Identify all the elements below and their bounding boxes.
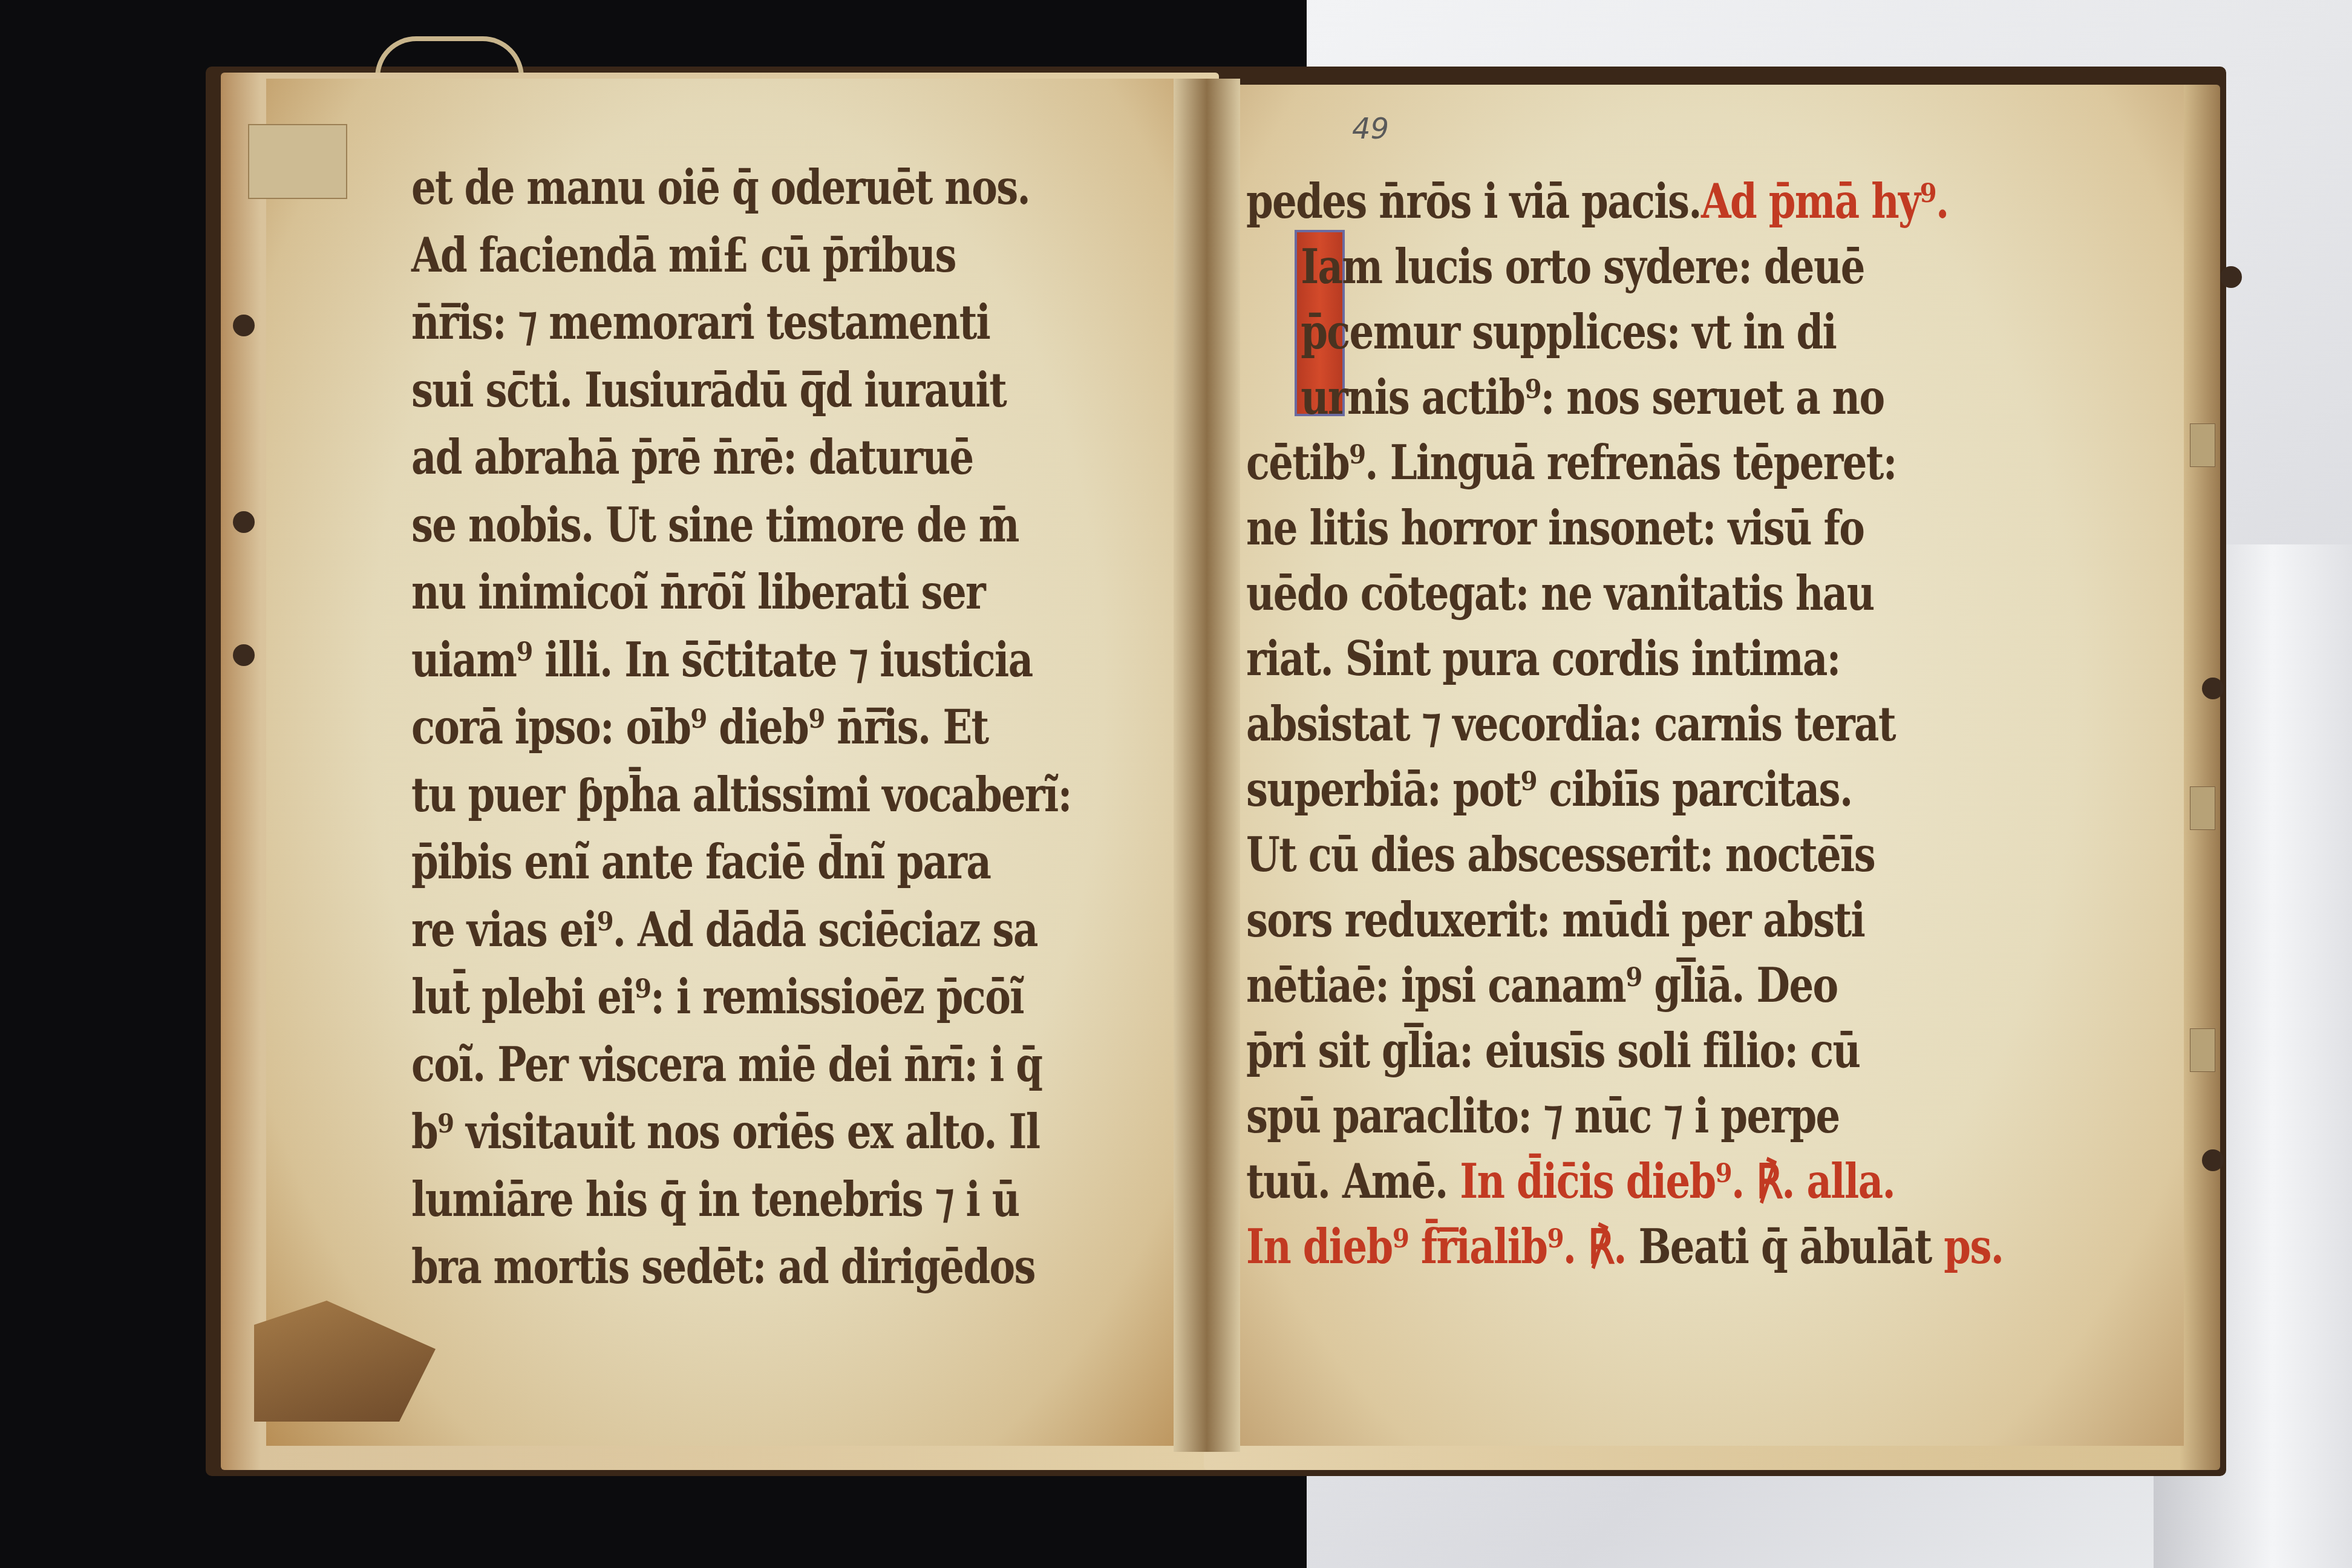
binding-nail-icon	[2202, 1149, 2224, 1171]
text-line: corā ipso: oīb⁹ dieb⁹ n̄r̅is. Et	[411, 694, 1007, 762]
rubric: In dieb⁹ f̄r̅ialib⁹. ℟.	[1246, 1220, 1626, 1275]
text-line: urnis actib⁹: nos seruet a no	[1246, 365, 1881, 431]
text-line: spū paraclito: ⁊ nūc ⁊ i perpe	[1246, 1084, 1881, 1149]
text-line: Ad faciendā mi£ cū p̄ribus	[411, 222, 1007, 290]
text-line: absistat ⁊ vecordia: carnis terat	[1246, 692, 1881, 757]
text-line: sors reduxerit: mūdi per absti	[1246, 888, 1881, 953]
binding-nail-icon	[2202, 678, 2224, 699]
binding-nail-icon	[2220, 266, 2242, 288]
page-tab	[2190, 423, 2215, 467]
text-line: riat. Sint pura cordis intima:	[1246, 627, 1881, 692]
left-page-text: et de manu oiē q̄ oderuēt nos. Ad facien…	[411, 154, 1137, 1301]
text-line: re vias ei⁹. Ad dādā sciēciaz sa	[411, 897, 1007, 964]
rubric: ps.	[1944, 1220, 2003, 1275]
text-line: bra mortis sedēt: ad dirigēdos	[411, 1233, 1007, 1301]
page-tab	[2190, 1028, 2215, 1072]
text-line: uiam⁹ illi. In s̄c̄titate ⁊ iusticia	[411, 627, 1007, 694]
page-tab	[248, 124, 347, 199]
text-line: pedes n̄rōs i viā pacis.Ad p̄mā hy⁹.	[1246, 169, 1881, 235]
text-line: n̄r̅is: ⁊ memorari testamenti	[411, 289, 1007, 357]
page-tab	[2190, 786, 2215, 830]
text-line: se nobis. Ut sine timore de m̄	[411, 492, 1007, 560]
text-line: nu inimicoĩ n̄rōĩ liberati ser	[411, 559, 1007, 627]
text-line: p̄cemur supplices: vt in di	[1246, 300, 1881, 365]
text-line: p̄ri sit gl̅ia: eiusīs soli filio: cū	[1246, 1019, 1881, 1084]
text-line: Iam lucis orto sydere: deuē	[1246, 235, 1881, 300]
text-line: ne litis horror insonet: visū fo	[1246, 496, 1881, 561]
text-line: tuū. Amē. In d̄ic̄is dieb⁹. ℟. alla.	[1246, 1149, 1881, 1215]
text-line: ad abrahā p̄rē n̄rē: daturuē	[411, 424, 1007, 492]
text-line: tu puer ƥph̄a altissimi vocaberĩ:	[411, 762, 1007, 829]
text-line: sui sc̄ti. Iusiurādū q̅d iurauit	[411, 357, 1007, 425]
gutter	[1174, 79, 1240, 1452]
text-line: Ut cū dies abscesserit: noctēīs	[1246, 823, 1881, 888]
rubric: Ad p̄mā hy⁹.	[1701, 174, 1949, 229]
text-line: b⁹ visitauit nos oriēs ex alto. Il	[411, 1099, 1007, 1166]
text-line: p̄ibis enĩ ante faciē d̄nĩ para	[411, 829, 1007, 897]
text-line: et de manu oiē q̄ oderuēt nos.	[411, 154, 1007, 222]
text-line: coĩ. Per viscera miē dei n̄rī: i q̄	[411, 1031, 1007, 1099]
binding-nail-icon	[233, 315, 255, 336]
binding-nail-icon	[233, 511, 255, 533]
text-line: cētib⁹. Linguā refrenās tēperet:	[1246, 431, 1881, 496]
text-line: In dieb⁹ f̄r̅ialib⁹. ℟. Beati q̄ ābulāt …	[1246, 1215, 1881, 1280]
folio-number: 49	[1352, 112, 1389, 146]
text-line: uēdo cōtegat: ne vanitatis hau	[1246, 561, 1881, 627]
text-line: lumiāre his q̄ in tenebris ⁊ i ū	[411, 1166, 1007, 1234]
right-page-text: pedes n̄rōs i viā pacis.Ad p̄mā hy⁹. Ia…	[1246, 169, 2020, 1280]
text-line: nētiaē: ipsi canam⁹ gl̅iā. Deo	[1246, 953, 1881, 1019]
binding-nail-icon	[233, 644, 255, 666]
binding-string	[375, 36, 524, 77]
text-line: lut̄ plebi ei⁹: i remissioēz p̄cōĩ	[411, 964, 1007, 1031]
text-line: superbiā: pot⁹ cibiīs parcitas.	[1246, 757, 1881, 823]
rubric: In d̄ic̄is dieb⁹. ℟. alla.	[1460, 1154, 1895, 1209]
